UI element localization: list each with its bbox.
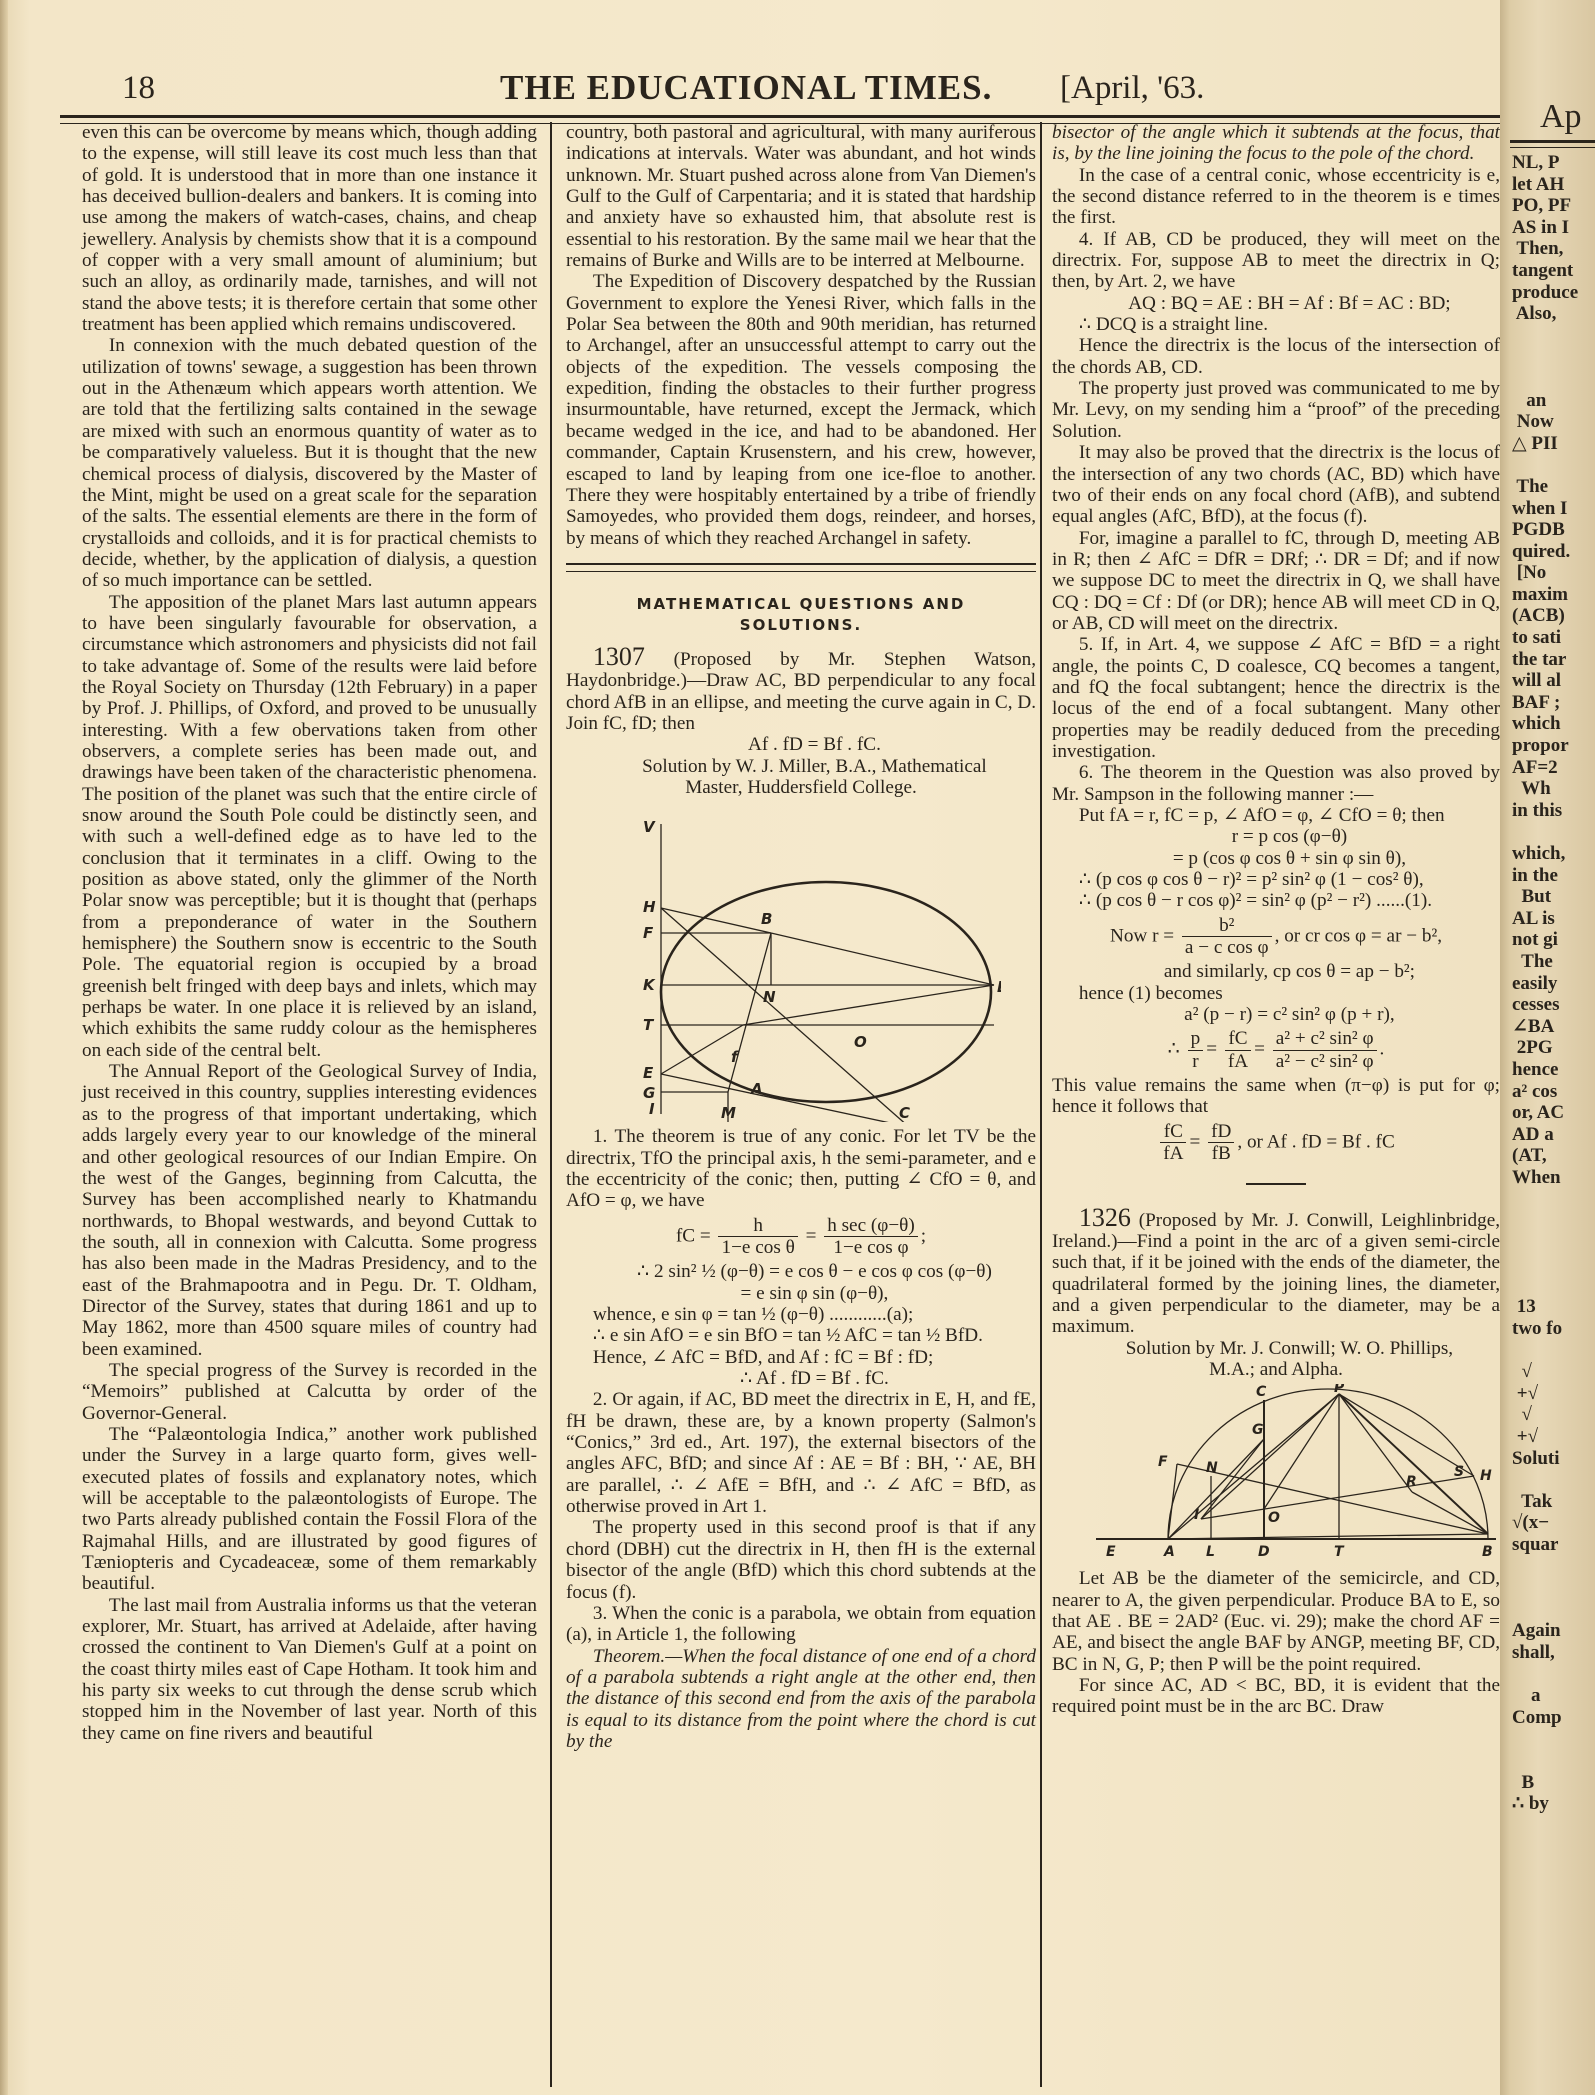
semicircle-diagram: C P G F N R S H I O E A L D T B (1056, 1384, 1496, 1564)
locus-paragraph: Hence the directrix is the locus of the … (1052, 335, 1500, 378)
article-5: 5. If, in Art. 4, we suppose ∠ AfC = BfD… (1052, 634, 1500, 762)
adjacent-page-title: Ap (1540, 98, 1582, 136)
equation: ∴ 2 sin² ½ (φ−θ) = e cos θ − e cos φ cos… (566, 1261, 1036, 1282)
svg-text:V: V (643, 818, 656, 836)
article-4: 4. If AB, CD be produced, they will meet… (1052, 229, 1500, 293)
paragraph-aluminium: even this can be overcome by means which… (82, 122, 537, 335)
section-heading: MATHEMATICAL QUESTIONS AND SOLUTIONS. (566, 594, 1036, 636)
svg-text:O: O (1268, 1510, 1280, 1526)
svg-text:C: C (899, 1104, 910, 1122)
adjacent-page-text: NL, P let AH PO, PF AS in I Then, tangen… (1512, 152, 1595, 1815)
svg-text:E: E (1106, 1544, 1116, 1560)
page-header: 18 THE EDUCATIONAL TIMES. [April, '63. (60, 70, 1500, 120)
equation-1: ∴ (p cos θ − r cos φ)² = sin² φ (p² − r²… (1052, 890, 1500, 911)
svg-text:A: A (750, 1080, 763, 1098)
svg-text:T: T (1334, 1544, 1345, 1560)
equation-result: ∴ Af . fD = Bf . fC. (566, 1368, 1036, 1389)
svg-text:L: L (1206, 1544, 1215, 1560)
svg-text:M: M (721, 1104, 736, 1122)
equation: = p (cos φ cos θ + sin φ sin θ), (1052, 848, 1500, 869)
svg-text:A: A (1163, 1544, 1175, 1560)
equation: Put fA = r, fC = p, ∠ AfO = φ, ∠ CfO = θ… (1052, 805, 1500, 826)
svg-text:I: I (1194, 1507, 1199, 1523)
svg-text:N: N (763, 988, 776, 1006)
column-2: country, both pastoral and agricultural,… (566, 122, 1036, 1752)
central-conic: In the case of a central conic, whose ec… (1052, 165, 1500, 229)
text-paragraph: This value remains the same when (π−φ) i… (1052, 1075, 1500, 1118)
section-divider (566, 563, 1036, 572)
theorem-continued: bisector of the angle which it subtends … (1052, 122, 1500, 165)
svg-text:G: G (1252, 1422, 1264, 1438)
question-result: Af . fD = Bf . fC. (566, 734, 1036, 755)
paragraph-memoirs: The special progress of the Survey is re… (82, 1360, 537, 1424)
paragraph-geological-survey: The Annual Report of the Geological Surv… (82, 1061, 537, 1360)
article-2: 2. Or again, if AC, BD meet the directri… (566, 1389, 1036, 1517)
article-6: 6. The theorem in the Question was also … (1052, 762, 1500, 805)
paragraph-russian-expedition: The Expedition of Discovery despatched b… (566, 271, 1036, 548)
equation: ∴ e sin AfO = e sin BfO = tan ½ AfC = ta… (566, 1325, 1036, 1346)
column-divider (1040, 122, 1042, 2087)
svg-text:K: K (643, 976, 656, 994)
for-since-paragraph: For since AC, AD < BC, BD, it is evident… (1052, 1675, 1500, 1718)
svg-text:B: B (1482, 1544, 1493, 1560)
equation: ∴ (p cos φ cos θ − r)² = p² sin² φ (1 − … (1052, 869, 1500, 890)
let-ab-paragraph: Let AB be the diameter of the semicircle… (1052, 1568, 1500, 1675)
may-also-paragraph: It may also be proved that the directrix… (1052, 442, 1500, 527)
newspaper-page: 18 THE EDUCATIONAL TIMES. [April, '63. e… (0, 0, 1500, 2095)
equation: and similarly, cp cos θ = ap − b²; (1052, 961, 1500, 982)
svg-text:I: I (649, 1100, 655, 1118)
column-divider (550, 122, 552, 2087)
question-number: 1307 (593, 642, 645, 671)
svg-text:D: D (1258, 1544, 1270, 1560)
question-1326: 1326 (Proposed by Mr. J. Conwill, Leighl… (1052, 1207, 1500, 1338)
article-1: 1. The theorem is true of any conic. For… (566, 1126, 1036, 1211)
article-2-property: The property used in this second proof i… (566, 1517, 1036, 1602)
equation: r = p cos (φ−θ) (1052, 826, 1500, 847)
paragraph-australia: The last mail from Australia informs us … (82, 1595, 537, 1744)
svg-text:C: C (1256, 1384, 1267, 1400)
svg-text:S: S (1454, 1464, 1464, 1480)
equation: ∴ DCQ is a straight line. (1052, 314, 1500, 335)
adjacent-page-fragment: Ap NL, P let AH PO, PF AS in I Then, tan… (1500, 0, 1595, 2095)
equation-fc: fC = h1−e cos θ = h sec (φ−θ)1−e cos φ; (566, 1215, 1036, 1259)
equation-ratio: ∴ pr= fCfA= a² + c² sin² φa² − c² sin² φ… (1052, 1028, 1500, 1072)
page-edge (0, 0, 8, 2095)
equation-final: fCfA= fDfB, or Af . fD = Bf . fC (1052, 1121, 1500, 1165)
question-1307: 1307 (Proposed by Mr. Stephen Watson, Ha… (566, 646, 1036, 734)
svg-text:D: D (997, 978, 1001, 996)
equation: Hence, ∠ AfC = BfD, and Af : fC = Bf : f… (566, 1347, 1036, 1368)
issue-date: [April, '63. (1060, 70, 1204, 107)
solution-credit: Solution by W. J. Miller, B.A., Mathemat… (566, 756, 1036, 799)
equation: a² (p − r) = c² sin² φ (p + r), (1052, 1004, 1500, 1025)
paragraph-mars: The apposition of the planet Mars last a… (82, 592, 537, 1062)
equation-a: whence, e sin φ = tan ½ (φ−θ) ..........… (566, 1304, 1036, 1325)
equation: AQ : BQ = AE : BH = Af : Bf = AC : BD; (1052, 293, 1500, 314)
ellipse-diagram: V H F K T E G I M B N D O f A C (601, 802, 1001, 1122)
adjacent-page-rule (1510, 140, 1595, 148)
levy-paragraph: The property just proved was communicate… (1052, 378, 1500, 442)
svg-text:E: E (643, 1064, 654, 1082)
column-1: even this can be overcome by means which… (82, 122, 537, 1744)
svg-text:T: T (643, 1016, 655, 1034)
page-number: 18 (122, 70, 155, 107)
paragraph-stuart: country, both pastoral and agricultural,… (566, 122, 1036, 271)
solution-credit: Solution by Mr. J. Conwill; W. O. Philli… (1052, 1338, 1500, 1381)
svg-text:F: F (643, 924, 654, 942)
svg-text:R: R (1406, 1474, 1417, 1490)
svg-text:N: N (1206, 1460, 1218, 1476)
equation-now-r: Now r = b²a − c cos φ, or cr cos φ = ar … (1052, 915, 1500, 959)
svg-text:H: H (643, 898, 656, 916)
svg-text:O: O (854, 1033, 867, 1051)
equation: = e sin φ sin (φ−θ), (566, 1283, 1036, 1304)
svg-text:F: F (1158, 1454, 1168, 1470)
masthead-title: THE EDUCATIONAL TIMES. (500, 68, 992, 108)
article-3: 3. When the conic is a parabola, we obta… (566, 1603, 1036, 1646)
paragraph-sewage: In connexion with the much debated quest… (82, 335, 537, 591)
imagine-paragraph: For, imagine a parallel to fC, through D… (1052, 528, 1500, 635)
text-line: hence (1) becomes (1052, 983, 1500, 1004)
short-divider (1246, 1183, 1306, 1185)
question-number: 1326 (1079, 1203, 1131, 1232)
paragraph-palaeontologia: The “Palæontologia Indica,” another work… (82, 1424, 537, 1595)
svg-text:H: H (1480, 1468, 1492, 1484)
theorem: Theorem.—When the focal distance of one … (566, 1646, 1036, 1753)
svg-text:B: B (761, 910, 772, 928)
column-3: bisector of the angle which it subtends … (1052, 122, 1500, 1718)
svg-text:P: P (1334, 1384, 1345, 1396)
